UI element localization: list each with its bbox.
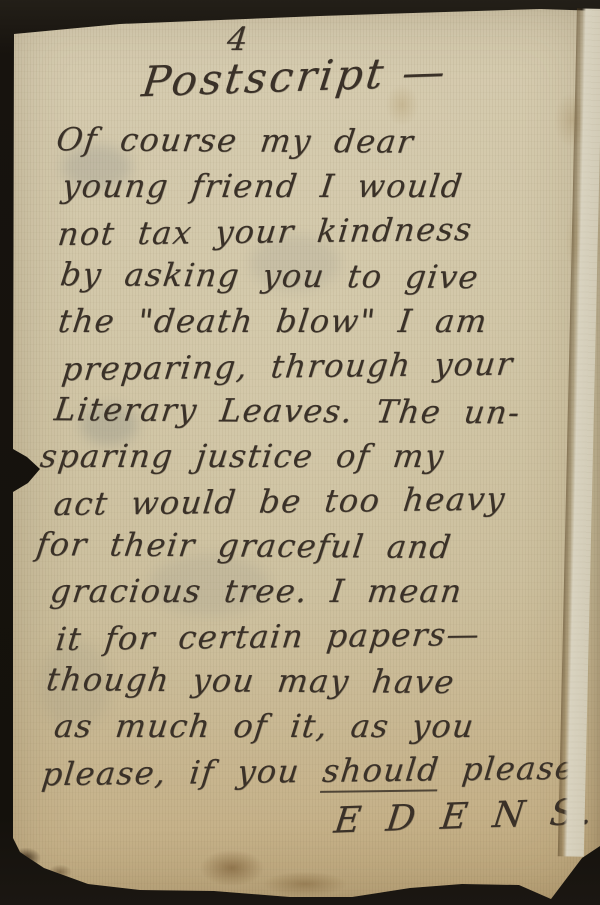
handwritten-line: gracious tree. I mean (47, 572, 577, 617)
handwritten-line: not tax your kindness (55, 209, 577, 260)
scan-background: 4 Postscript — Of course my dear young f… (0, 0, 600, 905)
handwritten-line: as much of it, as you (51, 707, 577, 752)
closing-line-pre: please, if you (40, 752, 325, 793)
handwritten-line: for their graceful and (33, 525, 576, 574)
underlined-word: should (320, 750, 441, 792)
handwritten-line: Literary Leaves. The un- (51, 390, 576, 439)
handwritten-line: act would be too heavy (51, 479, 577, 530)
handwritten-line: the "death blow" I am (55, 302, 577, 347)
handwritten-line: sparing justice of my (37, 437, 577, 482)
handwritten-line: Of course my dear (53, 120, 576, 169)
handwritten-line: by asking you to give (57, 255, 576, 304)
closing-line-post: please (437, 749, 577, 789)
handwritten-line: though you may have (43, 660, 576, 709)
handwritten-line: preparing, through your (59, 344, 577, 395)
handwritten-line: please, if you should please (39, 749, 577, 800)
handwritten-line: it for certain papers— (53, 614, 577, 665)
letter-page: 4 Postscript — Of course my dear young f… (0, 0, 600, 905)
letter-body: Of course my dear young friend I would n… (48, 122, 574, 797)
handwritten-line: young friend I would (59, 167, 577, 212)
